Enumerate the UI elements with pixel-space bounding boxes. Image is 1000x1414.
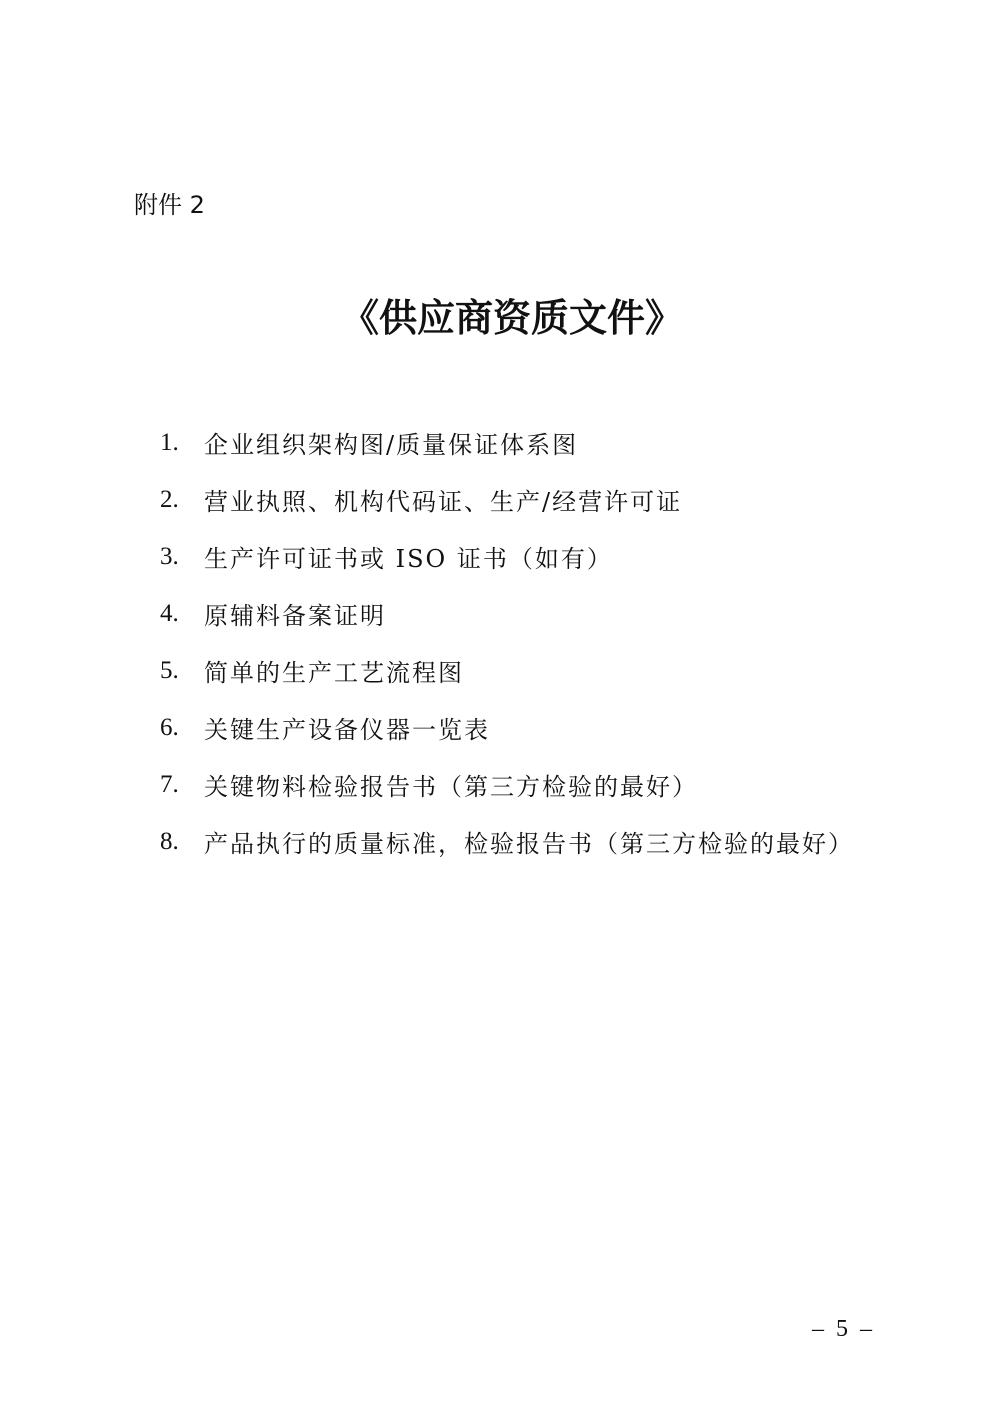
list-item: 3. 生产许可证书或 ISO 证书（如有） <box>160 528 854 585</box>
list-item: 6. 关键生产设备仪器一览表 <box>160 699 854 756</box>
page-number: – 5 – <box>812 1314 872 1344</box>
list-item: 8. 产品执行的质量标准，检验报告书（第三方检验的最好） <box>160 813 854 870</box>
list-item: 1. 企业组织架构图/质量保证体系图 <box>160 414 854 471</box>
list-item-text: 原辅料备案证明 <box>204 596 386 631</box>
list-item-number: 6. <box>160 714 204 742</box>
list-item-text: 生产许可证书或 ISO 证书（如有） <box>204 539 613 574</box>
list-item: 4. 原辅料备案证明 <box>160 585 854 642</box>
list-item-text: 企业组织架构图/质量保证体系图 <box>204 425 578 460</box>
list-item-text: 营业执照、机构代码证、生产/经营许可证 <box>204 482 682 517</box>
list-item-text: 关键生产设备仪器一览表 <box>204 710 490 745</box>
requirements-list: 1. 企业组织架构图/质量保证体系图 2. 营业执照、机构代码证、生产/经营许可… <box>160 414 854 870</box>
list-item-text: 简单的生产工艺流程图 <box>204 653 464 688</box>
list-item-number: 7. <box>160 771 204 799</box>
attachment-label: 附件 2 <box>134 188 205 222</box>
list-item-number: 4. <box>160 600 204 628</box>
list-item-number: 3. <box>160 543 204 571</box>
list-item-number: 1. <box>160 429 204 457</box>
list-item-text: 产品执行的质量标准，检验报告书（第三方检验的最好） <box>204 824 854 859</box>
document-title: 《供应商资质文件》 <box>0 292 1000 344</box>
list-item-number: 2. <box>160 486 204 514</box>
list-item-text: 关键物料检验报告书（第三方检验的最好） <box>204 767 698 802</box>
list-item: 5. 简单的生产工艺流程图 <box>160 642 854 699</box>
list-item-number: 5. <box>160 657 204 685</box>
list-item: 2. 营业执照、机构代码证、生产/经营许可证 <box>160 471 854 528</box>
list-item: 7. 关键物料检验报告书（第三方检验的最好） <box>160 756 854 813</box>
list-item-number: 8. <box>160 828 204 856</box>
